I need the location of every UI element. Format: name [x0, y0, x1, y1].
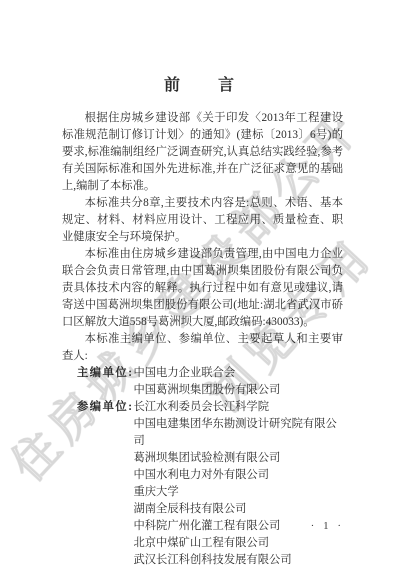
unit-name: 葛洲坝集团试验检测有限公司	[133, 450, 343, 467]
unit-name: 中国水利电力对外有限公司	[133, 467, 343, 484]
unit-name: 湖南全辰科技有限公司	[133, 501, 343, 518]
preface-paragraph: 本标准主编单位、参编单位、主要起草人和主要审查人:	[62, 331, 343, 365]
unit-name: 重庆大学	[133, 484, 343, 501]
unit-name: 长江水利委员会长江科学院	[133, 399, 343, 416]
preface-paragraph: 本标准由住房城乡建设部负责管理,由中国电力企业联合会负责日常管理,由中国葛洲坝集…	[62, 246, 343, 331]
unit-name: 中国电建集团华东勘测设计研究院有限公司	[133, 416, 343, 450]
participating-label: 参编单位:	[77, 399, 133, 569]
unit-name: 中国电力企业联合会	[133, 365, 343, 382]
participating-list: 长江水利委员会长江科学院 中国电建集团华东勘测设计研究院有限公司 葛洲坝集团试验…	[133, 399, 343, 569]
unit-name: 中国葛洲坝集团股份有限公司	[133, 382, 343, 399]
chief-editor-units: 主编单位: 中国电力企业联合会 中国葛洲坝集团股份有限公司	[62, 365, 343, 399]
chief-editor-list: 中国电力企业联合会 中国葛洲坝集团股份有限公司	[133, 365, 343, 399]
preface-body: 根据住房城乡建设部《关于印发〈2013年工程建设标准规范制订修订计划〉的通知》(…	[62, 110, 343, 569]
unit-name: 武汉长江科创科技发展有限公司	[133, 552, 343, 569]
unit-name: 北京中煤矿山工程有限公司	[133, 535, 343, 552]
participating-units: 参编单位: 长江水利委员会长江科学院 中国电建集团华东勘测设计研究院有限公司 葛…	[62, 399, 343, 569]
page-title: 前 言	[0, 72, 400, 95]
preface-paragraph: 本标准共分8章,主要技术内容是:总则、术语、基本规定、材料、材料应用设计、工程应…	[62, 195, 343, 246]
document-page: 住房城乡建设部公开 浏览专用 前 言 根据住房城乡建设部《关于印发〈2013年工…	[0, 0, 400, 579]
chief-editor-label: 主编单位:	[77, 365, 133, 399]
page-number: · 1 ·	[311, 520, 344, 532]
preface-paragraph: 根据住房城乡建设部《关于印发〈2013年工程建设标准规范制订修订计划〉的通知》(…	[62, 110, 343, 195]
